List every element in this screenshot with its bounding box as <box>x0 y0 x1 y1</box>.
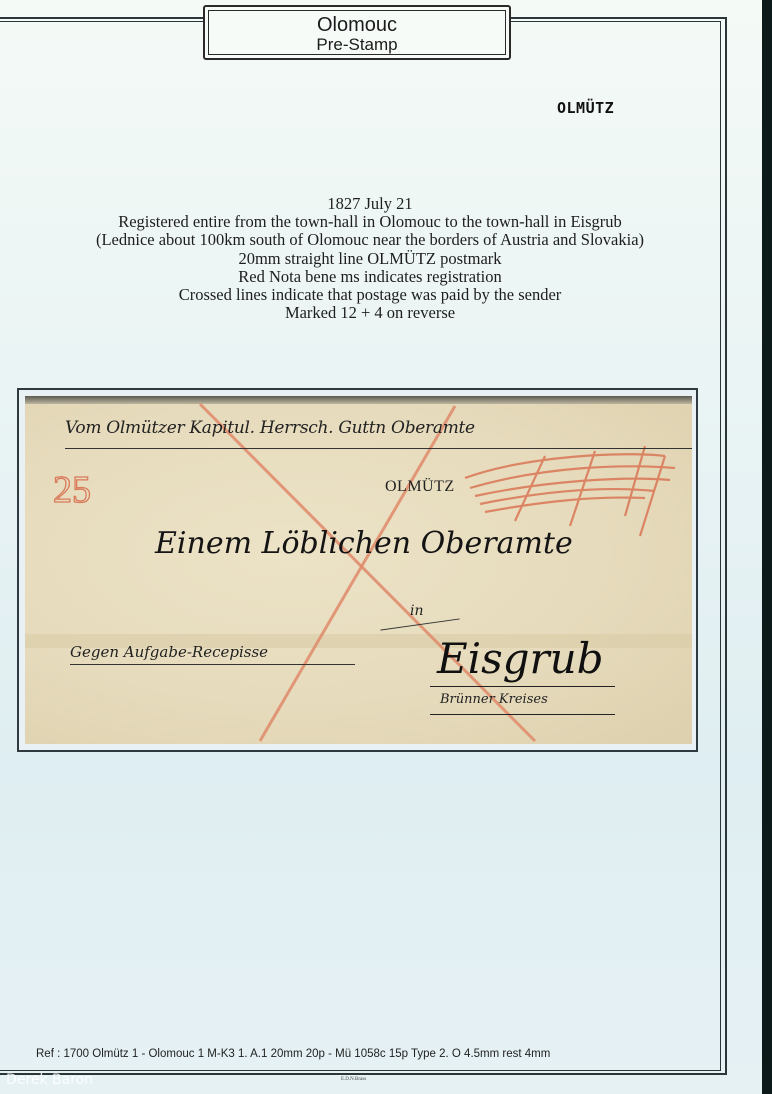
page-title: Olomouc <box>209 14 505 36</box>
olmutz-postmark: OLMÜTZ <box>385 478 455 496</box>
title-box: Olomouc Pre-Stamp <box>203 5 511 60</box>
description-line: Marked 12 + 4 on reverse <box>20 304 720 322</box>
handwriting-bottom: Gegen Aufgabe-Recepisse <box>70 643 268 661</box>
description-date: 1827 July 21 <box>20 195 720 213</box>
postal-cover: 25 Vom Olmützer Kapitul. Herrsch. Guttn … <box>25 396 692 744</box>
scan-edge <box>762 0 772 1094</box>
underline <box>65 448 692 449</box>
description: 1827 July 21 Registered entire from the … <box>20 195 720 322</box>
description-line: Crossed lines indicate that postage was … <box>20 286 720 304</box>
address-city: Eisgrub <box>437 634 604 683</box>
postmark-illustration: OLMÜTZ <box>557 99 614 117</box>
imprint: E.D.N.Brass <box>341 1077 366 1082</box>
reference-line: Ref : 1700 Olmütz 1 - Olomouc 1 M-K3 1. … <box>36 1048 550 1060</box>
red-cross-line <box>200 404 535 741</box>
underline <box>70 664 355 665</box>
handwriting-top: Vom Olmützer Kapitul. Herrsch. Guttn Obe… <box>65 418 475 438</box>
watermark: Derek Baron <box>6 1072 93 1088</box>
address-note: Brünner Kreises <box>440 692 548 707</box>
description-line: 20mm straight line OLMÜTZ postmark <box>20 250 720 268</box>
page-subtitle: Pre-Stamp <box>209 36 505 54</box>
red-cross-line <box>260 406 455 741</box>
red-rate-marking: 25 <box>53 469 91 511</box>
underline <box>430 714 615 715</box>
cover-mount: 25 Vom Olmützer Kapitul. Herrsch. Guttn … <box>17 388 698 752</box>
description-line: Registered entire from the town-hall in … <box>20 213 720 231</box>
red-nota-bene-icon <box>465 446 675 536</box>
underline <box>430 686 615 687</box>
address-in: in <box>410 603 424 619</box>
address-line1: Einem Löblichen Oberamte <box>155 526 573 561</box>
description-line: Red Nota bene ms indicates registration <box>20 268 720 286</box>
description-line: (Lednice about 100km south of Olomouc ne… <box>20 231 720 249</box>
